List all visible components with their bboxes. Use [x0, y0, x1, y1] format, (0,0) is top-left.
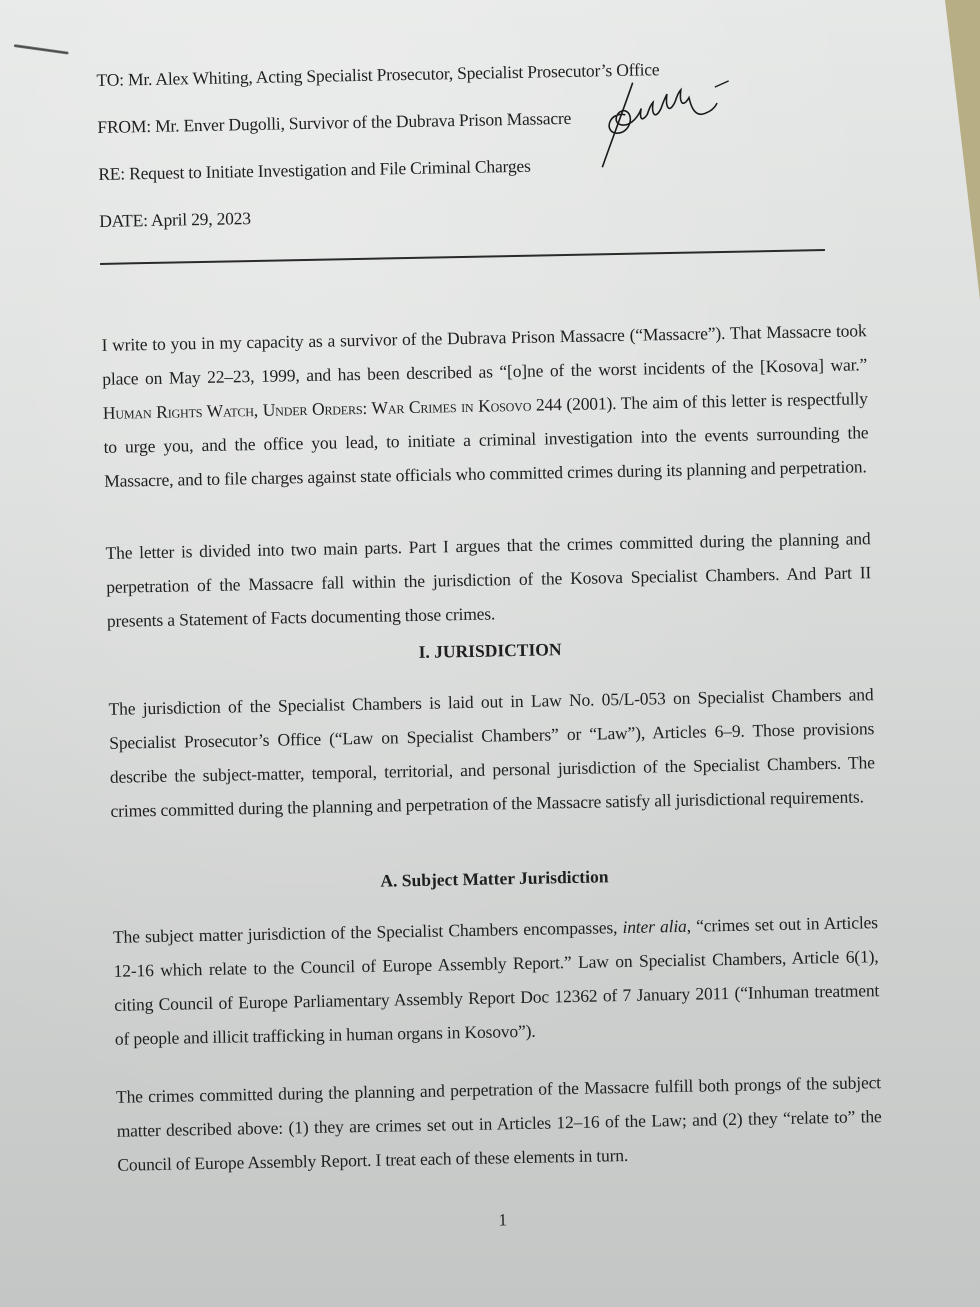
memo-date-value: April 29, 2023 — [151, 208, 251, 230]
signature-icon — [595, 73, 747, 176]
memo-from-label: FROM: — [97, 116, 151, 137]
jurisdiction-paragraph: The jurisdiction of the Specialist Chamb… — [108, 677, 875, 828]
prongs-paragraph: The crimes committed during the planning… — [116, 1065, 883, 1182]
page-number: 1 — [498, 1210, 507, 1230]
subject-matter-text-1: The subject matter jurisdiction of the S… — [113, 917, 623, 947]
structure-paragraph: The letter is divided into two main part… — [105, 521, 872, 638]
intro-citation: Human Rights Watch, Under Orders: War Cr… — [103, 395, 532, 423]
subject-matter-italic: inter alia — [622, 916, 687, 937]
intro-text-1: I write to you in my capacity as a survi… — [101, 320, 867, 389]
memo-date-label: DATE: — [99, 210, 148, 231]
subject-matter-paragraph: The subject matter jurisdiction of the S… — [113, 905, 880, 1056]
memo-date-line: DATE: April 29, 2023 — [99, 208, 251, 232]
intro-paragraph: I write to you in my capacity as a survi… — [101, 313, 869, 498]
memo-re-label: RE: — [98, 163, 125, 184]
memo-to-label: TO: — [96, 69, 124, 90]
